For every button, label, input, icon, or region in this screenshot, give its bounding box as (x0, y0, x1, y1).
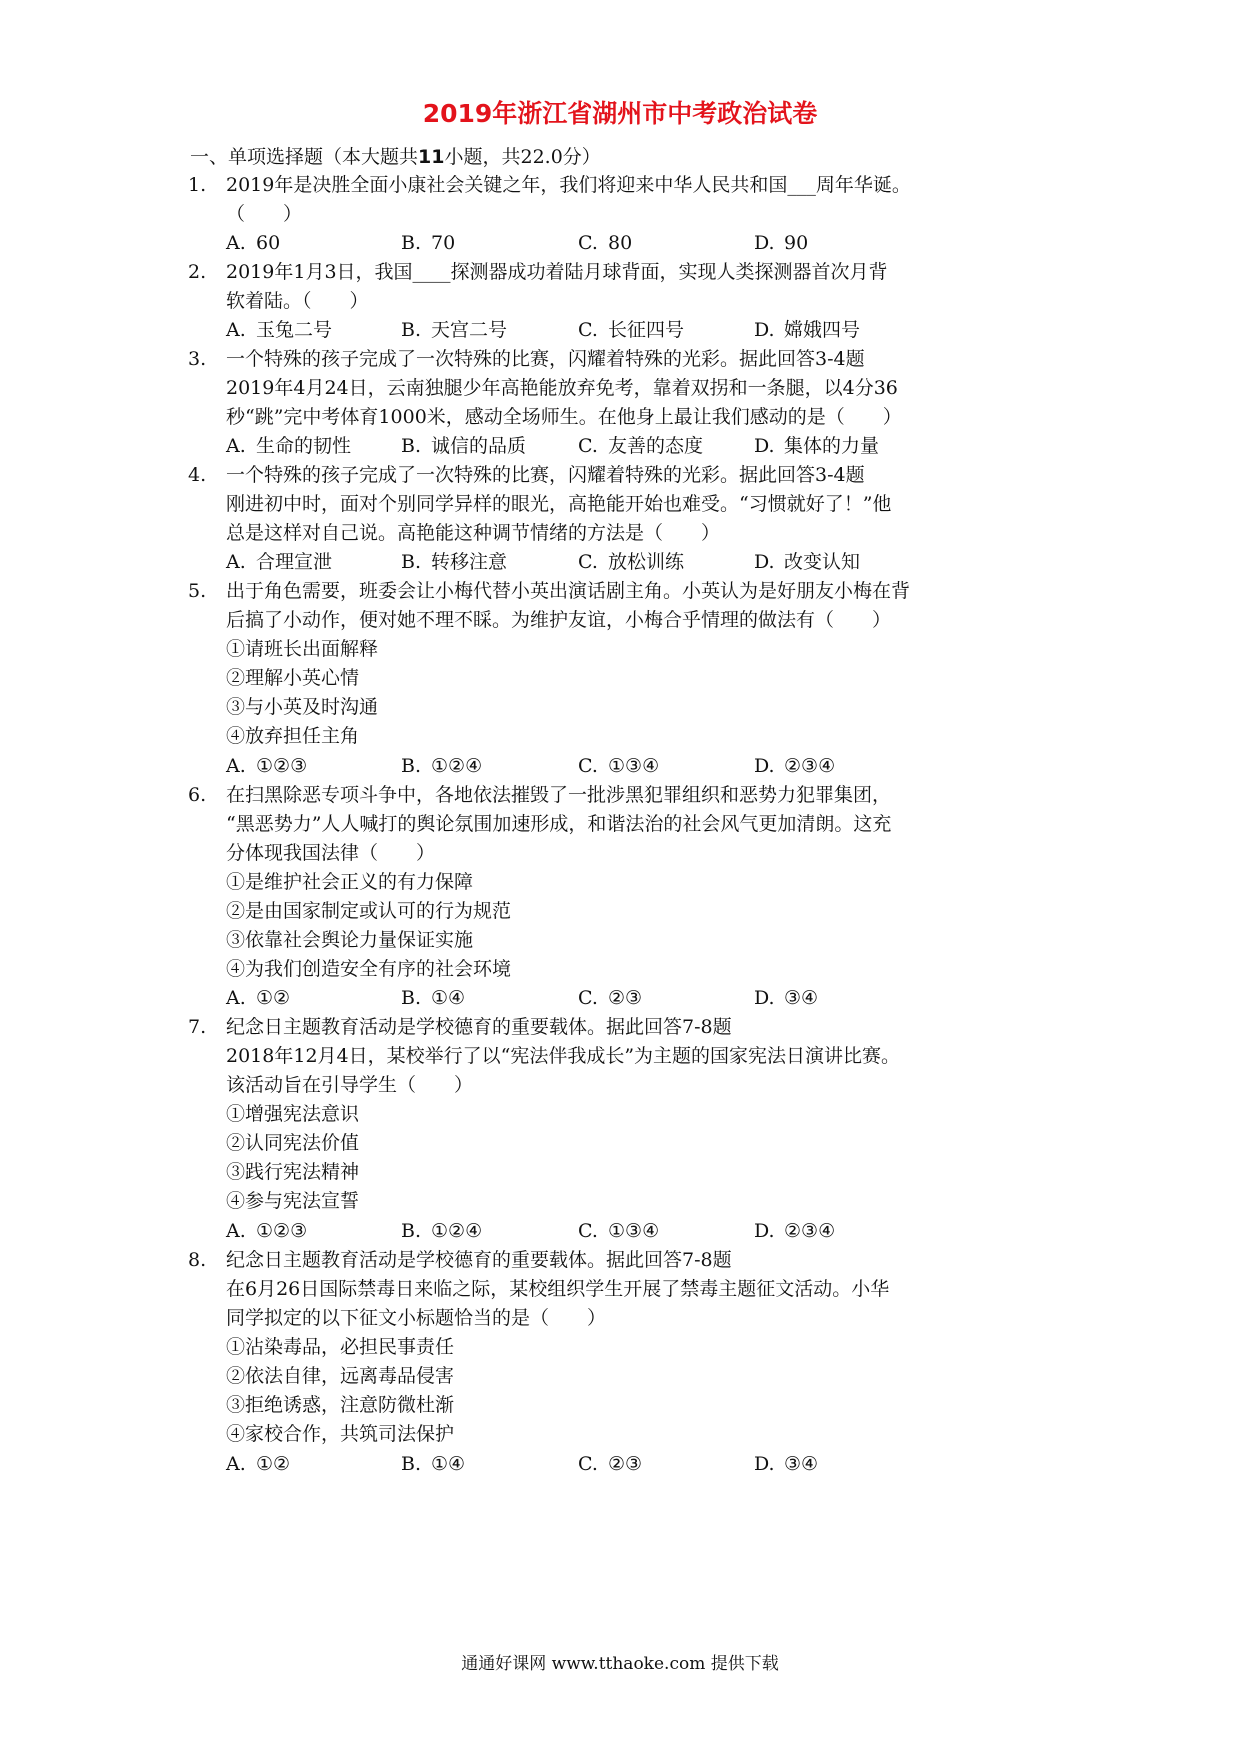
option-a: A.①②③ (226, 1217, 307, 1246)
option-a: A.①②③ (226, 752, 307, 781)
option-letter: B. (401, 316, 431, 345)
option-b: B.①②④ (401, 1217, 482, 1246)
option-b: B.转移注意 (401, 548, 507, 577)
option-b: B.诚信的品质 (401, 432, 526, 461)
option-d: D.③④ (754, 1450, 818, 1479)
option-letter: C. (578, 752, 608, 781)
option-c: C.②③ (578, 984, 642, 1013)
question-number: 2. (188, 258, 206, 287)
question-number: 7. (188, 1013, 206, 1042)
option-text: 60 (256, 232, 280, 254)
option-b: B.天宫二号 (401, 316, 507, 345)
exam-title: 2019年浙江省湖州市中考政治试卷 (0, 96, 1240, 132)
section-mid: 小题，共 (444, 146, 520, 168)
option-letter: A. (226, 316, 256, 345)
option-letter: D. (754, 1450, 784, 1479)
statement-4: ④为我们创造安全有序的社会环境 (226, 955, 511, 984)
question-text-line: 一个特殊的孩子完成了一次特殊的比赛，闪耀着特殊的光彩。据此回答3-4题 (226, 345, 865, 374)
footer-credit: 通通好课网 www.tthaoke.com 提供下载 (0, 1650, 1240, 1678)
option-text: ①④ (431, 1453, 465, 1475)
option-d: D.②③④ (754, 752, 835, 781)
option-a: A.合理宣泄 (226, 548, 332, 577)
exam-page: 2019年浙江省湖州市中考政治试卷 一、单项选择题（本大题共11小题，共22.0… (0, 0, 1240, 1754)
option-text: ③④ (784, 987, 818, 1009)
option-d: D.③④ (754, 984, 818, 1013)
option-text: ①②③ (256, 1220, 307, 1242)
option-letter: B. (401, 229, 431, 258)
question-text-line: 该活动旨在引导学生（ ） (226, 1071, 473, 1100)
option-letter: B. (401, 752, 431, 781)
question-number: 8. (188, 1246, 206, 1275)
question-number: 5. (188, 577, 206, 606)
question-number: 4. (188, 461, 206, 490)
option-text: 长征四号 (608, 319, 684, 341)
option-c: C.①③④ (578, 1217, 659, 1246)
option-letter: C. (578, 432, 608, 461)
option-letter: A. (226, 432, 256, 461)
option-letter: D. (754, 1217, 784, 1246)
question-text-line: 2019年4月24日，云南独腿少年高艳能放弃免考，靠着双拐和一条腿，以4分36 (226, 374, 898, 403)
option-letter: A. (226, 1450, 256, 1479)
statement-4: ④放弃担任主角 (226, 722, 359, 751)
option-text: ①②③ (256, 755, 307, 777)
option-text: 放松训练 (608, 551, 684, 573)
statement-1: ①是维护社会正义的有力保障 (226, 868, 473, 897)
option-a: A.生命的韧性 (226, 432, 351, 461)
option-letter: B. (401, 1450, 431, 1479)
option-text: 90 (784, 232, 808, 254)
statement-1: ①沾染毒品，必担民事责任 (226, 1333, 454, 1362)
option-letter: A. (226, 548, 256, 577)
option-c: C.放松训练 (578, 548, 684, 577)
question-text-line: 同学拟定的以下征文小标题恰当的是（ ） (226, 1304, 606, 1333)
option-text: 转移注意 (431, 551, 507, 573)
option-b: B.70 (401, 229, 455, 258)
option-letter: A. (226, 229, 256, 258)
option-letter: C. (578, 229, 608, 258)
option-letter: B. (401, 432, 431, 461)
question-text-line: 分体现我国法律（ ） (226, 839, 435, 868)
option-letter: D. (754, 229, 784, 258)
option-text: 玉兔二号 (256, 319, 332, 341)
statement-2: ②认同宪法价值 (226, 1129, 359, 1158)
option-b: B.①②④ (401, 752, 482, 781)
option-letter: C. (578, 548, 608, 577)
answer-blank: （ ） (226, 200, 302, 229)
option-a: A.①② (226, 984, 290, 1013)
option-letter: B. (401, 984, 431, 1013)
option-text: 合理宣泄 (256, 551, 332, 573)
question-text-line: “黑恶势力”人人喊打的舆论氛围加速形成，和谐法治的社会风气更加清朗。这充 (226, 810, 891, 839)
question-text-line: 软着陆。（ ） (226, 287, 369, 316)
option-c: C.80 (578, 229, 632, 258)
option-letter: D. (754, 316, 784, 345)
question-text-line: 在6月26日国际禁毒日来临之际，某校组织学生开展了禁毒主题征文活动。小华 (226, 1275, 889, 1304)
option-text: ①③④ (608, 1220, 659, 1242)
option-text: ②③④ (784, 755, 835, 777)
statement-1: ①增强宪法意识 (226, 1100, 359, 1129)
option-letter: D. (754, 984, 784, 1013)
statement-3: ③拒绝诱惑，注意防微杜渐 (226, 1391, 454, 1420)
section-question-count: 11 (418, 146, 444, 168)
option-letter: C. (578, 984, 608, 1013)
section-prefix: 一、单项选择题（本大题共 (190, 146, 418, 168)
option-a: A.①② (226, 1450, 290, 1479)
option-text: ②③ (608, 1453, 642, 1475)
option-c: C.友善的态度 (578, 432, 703, 461)
question-text-line: 2019年1月3日，我国____探测器成功着陆月球背面，实现人类探测器首次月背 (226, 258, 888, 287)
option-text: ①③④ (608, 755, 659, 777)
statement-4: ④家校合作，共筑司法保护 (226, 1420, 454, 1449)
option-text: 嫦娥四号 (784, 319, 860, 341)
option-letter: D. (754, 432, 784, 461)
question-number: 1. (188, 171, 206, 200)
option-text: ②③④ (784, 1220, 835, 1242)
option-text: ①② (256, 987, 290, 1009)
option-c: C.长征四号 (578, 316, 684, 345)
statement-4: ④参与宪法宣誓 (226, 1187, 359, 1216)
option-text: ①②④ (431, 755, 482, 777)
question-number: 6. (188, 781, 206, 810)
option-d: D.②③④ (754, 1217, 835, 1246)
option-b: B.①④ (401, 984, 465, 1013)
option-letter: D. (754, 548, 784, 577)
statement-2: ②依法自律，远离毒品侵害 (226, 1362, 454, 1391)
option-letter: C. (578, 1217, 608, 1246)
option-text: 80 (608, 232, 632, 254)
option-text: ①② (256, 1453, 290, 1475)
question-text-line: 刚进初中时，面对个别同学异样的眼光，高艳能开始也难受。“习惯就好了！”他 (226, 490, 891, 519)
question-text-line: 纪念日主题教育活动是学校德育的重要载体。据此回答7-8题 (226, 1013, 732, 1042)
question-number: 3. (188, 345, 206, 374)
option-letter: B. (401, 1217, 431, 1246)
statement-2: ②是由国家制定或认可的行为规范 (226, 897, 511, 926)
option-text: ①④ (431, 987, 465, 1009)
option-text: 生命的韧性 (256, 435, 351, 457)
option-b: B.①④ (401, 1450, 465, 1479)
option-text: ③④ (784, 1453, 818, 1475)
question-text-line: 后搞了小动作，便对她不理不睬。为维护友谊，小梅合乎情理的做法有（ ） (226, 606, 891, 635)
statement-3: ③与小英及时沟通 (226, 693, 378, 722)
section-suffix: 分） (563, 146, 601, 168)
option-c: C.②③ (578, 1450, 642, 1479)
option-letter: A. (226, 752, 256, 781)
option-text: 诚信的品质 (431, 435, 526, 457)
option-text: 天宫二号 (431, 319, 507, 341)
option-c: C.①③④ (578, 752, 659, 781)
option-text: 友善的态度 (608, 435, 703, 457)
option-d: D.集体的力量 (754, 432, 879, 461)
option-d: D.嫦娥四号 (754, 316, 860, 345)
option-d: D.改变认知 (754, 548, 860, 577)
question-text-line: 出于角色需要，班委会让小梅代替小英出演话剧主角。小英认为是好朋友小梅在背 (226, 577, 910, 606)
question-text-line: 纪念日主题教育活动是学校德育的重要载体。据此回答7-8题 (226, 1246, 732, 1275)
statement-2: ②理解小英心情 (226, 664, 359, 693)
question-text-line: 总是这样对自己说。高艳能这种调节情绪的方法是（ ） (226, 519, 720, 548)
option-letter: C. (578, 316, 608, 345)
question-text-line: 2019年是决胜全面小康社会关键之年，我们将迎来中华人民共和国___周年华诞。 (226, 171, 911, 200)
option-a: A.60 (226, 229, 280, 258)
option-letter: C. (578, 1450, 608, 1479)
option-letter: D. (754, 752, 784, 781)
option-text: 改变认知 (784, 551, 860, 573)
option-text: ①②④ (431, 1220, 482, 1242)
option-letter: A. (226, 1217, 256, 1246)
statement-3: ③依靠社会舆论力量保证实施 (226, 926, 473, 955)
question-text-line: 秒“跳”完中考体育1000米，感动全场师生。在他身上最让我们感动的是（ ） (226, 403, 902, 432)
option-letter: A. (226, 984, 256, 1013)
option-a: A.玉兔二号 (226, 316, 332, 345)
section-header: 一、单项选择题（本大题共11小题，共22.0分） (190, 142, 601, 172)
statement-3: ③践行宪法精神 (226, 1158, 359, 1187)
option-text: 集体的力量 (784, 435, 879, 457)
statement-1: ①请班长出面解释 (226, 635, 378, 664)
option-text: 70 (431, 232, 455, 254)
option-letter: B. (401, 548, 431, 577)
question-text-line: 在扫黑除恶专项斗争中，各地依法摧毁了一批涉黑犯罪组织和恶势力犯罪集团， (226, 781, 891, 810)
option-d: D.90 (754, 229, 808, 258)
section-points: 22.0 (520, 146, 562, 168)
question-text-line: 2018年12月4日，某校举行了以“宪法伴我成长”为主题的国家宪法日演讲比赛。 (226, 1042, 900, 1071)
option-text: ②③ (608, 987, 642, 1009)
question-text-line: 一个特殊的孩子完成了一次特殊的比赛，闪耀着特殊的光彩。据此回答3-4题 (226, 461, 865, 490)
